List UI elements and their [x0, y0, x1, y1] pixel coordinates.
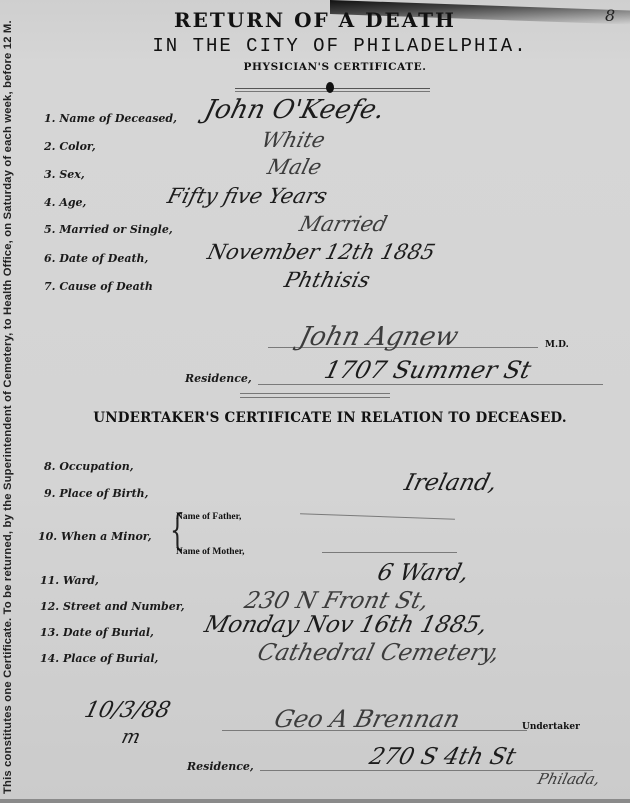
physician-residence-value: 1707 Summer St	[322, 356, 534, 384]
undertaker-suffix: Undertaker	[522, 722, 580, 732]
label-when-a-minor: 10. When a Minor,	[38, 530, 152, 543]
death-certificate-page: This constitutes one Certificate. To be …	[0, 0, 630, 803]
label-place-of-birth: 9. Place of Birth,	[44, 487, 149, 500]
title-physician-certificate: PHYSICIAN'S CERTIFICATE.	[20, 61, 630, 73]
value-cause-of-death: Phthisis	[282, 268, 373, 292]
undertaker-heading: UNDERTAKER'S CERTIFICATE IN RELATION TO …	[30, 410, 630, 426]
value-married-or-single: Married	[297, 212, 390, 236]
physician-signature: John Agnew	[296, 322, 461, 352]
label-occupation: 8. Occupation,	[44, 460, 134, 473]
physician-residence-line	[258, 384, 603, 385]
filing-initial: m	[119, 726, 143, 748]
md-suffix: M.D.	[545, 340, 569, 350]
label-name-of-deceased: 1. Name of Deceased,	[44, 112, 177, 125]
ornament-rule	[235, 85, 430, 93]
value-date-of-death: November 12th 1885	[205, 240, 438, 264]
title-city: IN THE CITY OF PHILADELPHIA.	[40, 35, 630, 57]
undertaker-residence-city: Philada,	[536, 770, 602, 788]
label-color: 2. Color,	[44, 140, 96, 153]
label-undertaker-residence: Residence,	[187, 760, 254, 773]
margin-instruction: This constitutes one Certificate. To be …	[2, 4, 14, 800]
label-ward: 11. Ward,	[40, 574, 99, 587]
value-age: Fifty five Years	[165, 184, 330, 208]
value-name-of-deceased: John O'Keefe.	[201, 95, 388, 125]
mother-line	[322, 552, 457, 553]
value-place-of-burial: Cathedral Cemetery,	[255, 640, 502, 666]
label-sex: 3. Sex,	[44, 168, 85, 181]
value-color: White	[259, 128, 328, 152]
label-date-of-burial: 13. Date of Burial,	[40, 626, 154, 639]
label-street-and-number: 12. Street and Number,	[40, 600, 185, 613]
label-date-of-death: 6. Date of Death,	[44, 252, 148, 265]
section-divider	[240, 393, 390, 398]
value-ward: 6 Ward,	[375, 560, 472, 586]
label-name-of-father: Name of Father,	[176, 512, 241, 522]
undertaker-residence-value: 270 S 4th St	[367, 744, 519, 770]
label-name-of-mother: Name of Mother,	[176, 547, 245, 557]
label-age: 4. Age,	[44, 196, 86, 209]
title-return-of-death: RETURN OF A DEATH	[0, 8, 630, 32]
label-place-of-burial: 14. Place of Burial,	[40, 652, 158, 665]
label-married-or-single: 5. Married or Single,	[44, 223, 173, 236]
value-sex: Male	[265, 155, 324, 179]
filing-date-note: 10/3/88	[82, 698, 173, 723]
undertaker-signature: Geo A Brennan	[272, 705, 463, 733]
scan-edge	[0, 799, 630, 803]
value-place-of-birth: Ireland,	[402, 470, 500, 496]
value-street-and-number: 230 N Front St,	[242, 588, 432, 614]
label-cause-of-death: 7. Cause of Death	[44, 280, 153, 293]
father-line	[300, 513, 455, 519]
label-physician-residence: Residence,	[185, 372, 252, 385]
value-date-of-burial: Monday Nov 16th 1885,	[202, 612, 490, 638]
